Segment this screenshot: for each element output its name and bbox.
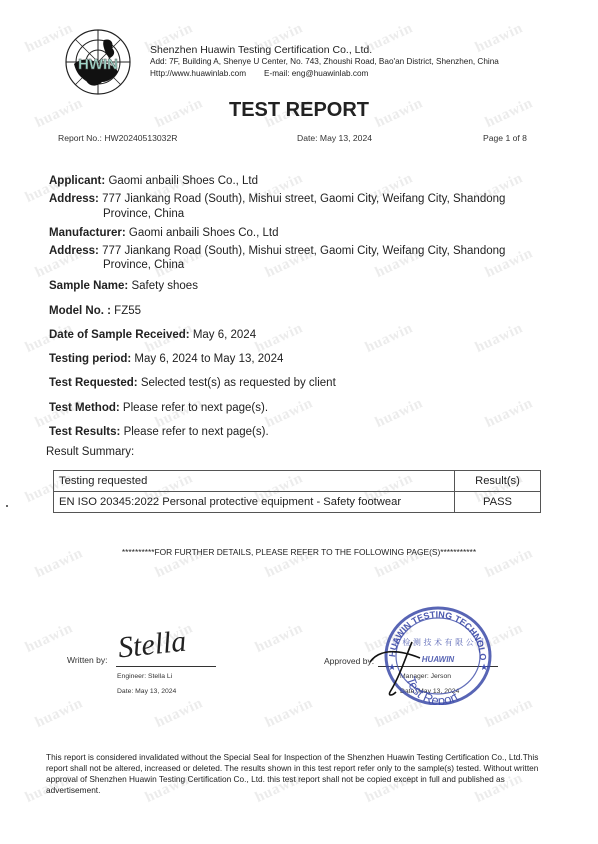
report-date: Date: May 13, 2024 [297,133,372,143]
test-method-field: Test Method: Please refer to next page(s… [49,400,268,416]
manufacturer-field: Manufacturer: Gaomi anbaili Shoes Co., L… [49,225,278,241]
watermark-text: huawin [263,695,316,732]
column-header-results: Result(s) [455,471,541,492]
applicant-address-line1: 777 Jiankang Road (South), Mishui street… [102,193,505,205]
applicant-label: Applicant: [49,175,105,187]
svg-text:HUAWIN: HUAWIN [422,655,455,664]
sample-name-field: Sample Name: Safety shoes [49,278,198,294]
sample-name-label: Sample Name: [49,280,128,292]
test-requested-label: Test Requested: [49,377,138,389]
svg-text:★: ★ [388,662,396,672]
manufacturer-value: Gaomi anbaili Shoes Co., Ltd [129,227,279,239]
watermark-text: huawin [253,620,306,657]
engineer-signature: Stella [116,625,188,666]
sample-received-label: Date of Sample Received: [49,329,190,341]
watermark-text: huawin [153,695,206,732]
written-by-line [116,666,216,667]
official-seal-stamp: HUAWIN TESTING TECHNOLOGY CO.,LTD 华 检 测 … [360,600,495,705]
stray-mark [6,505,8,507]
watermark-text: huawin [473,320,526,357]
testing-period-value: May 6, 2024 to May 13, 2024 [134,353,283,365]
watermark-text: huawin [373,395,426,432]
svg-text:HWIN: HWIN [78,56,118,73]
svg-text:★: ★ [480,662,488,672]
manufacturer-label: Manufacturer: [49,227,126,239]
model-label: Model No. : [49,305,111,317]
applicant-address-line2: Province, China [103,208,184,220]
manufacturer-address-field: Address: 777 Jiankang Road (South), Mish… [49,243,505,259]
written-by-label: Written by: [67,655,107,665]
testing-period-field: Testing period: May 6, 2024 to May 13, 2… [49,351,283,367]
manufacturer-address-line2: Province, China [103,259,184,271]
watermark-text: huawin [33,695,86,732]
company-address: Add: 7F, Building A, Shenye U Center, No… [150,57,499,66]
column-header-testing: Testing requested [54,471,455,492]
watermark-text: huawin [473,20,526,57]
watermark-text: huawin [23,620,76,657]
test-results-value: Please refer to next page(s). [124,426,269,438]
test-method-value: Please refer to next page(s). [123,402,268,414]
model-field: Model No. : FZ55 [49,303,141,319]
watermark-text: huawin [363,320,416,357]
test-results-field: Test Results: Please refer to next page(… [49,424,269,440]
company-name: Shenzhen Huawin Testing Certification Co… [150,44,372,56]
table-row: EN ISO 20345:2022 Personal protective eq… [54,492,541,513]
report-number: Report No.: HW20240513032R [58,133,177,143]
engineer-name: Engineer: Stella Li [117,673,172,680]
result-summary-table: Testing requested Result(s) EN ISO 20345… [53,470,541,513]
sample-name-value: Safety shoes [131,280,197,292]
watermark-text: huawin [263,395,316,432]
test-result-cell: PASS [455,492,541,513]
company-website: Http://www.huawinlab.com [150,69,246,78]
disclaimer-footer: This report is considered invalidated wi… [46,752,556,796]
manufacturer-address-label: Address: [49,245,99,257]
company-logo: HWIN [64,28,132,96]
test-method-label: Test Method: [49,402,120,414]
svg-text:Test Report: Test Report [403,675,461,705]
further-details-note: **********FOR FURTHER DETAILS, PLEASE RE… [0,547,598,557]
result-summary-label: Result Summary: [46,446,134,458]
svg-text:华 检 测 技 术 有 限 公 司: 华 检 测 技 术 有 限 公 司 [392,637,484,647]
test-requested-value: Selected test(s) as requested by client [141,377,336,389]
test-requested-field: Test Requested: Selected test(s) as requ… [49,375,336,391]
watermark-text: huawin [483,395,536,432]
applicant-value: Gaomi anbaili Shoes Co., Ltd [108,175,258,187]
manufacturer-address-line1: 777 Jiankang Road (South), Mishui street… [102,245,505,257]
company-email: E-mail: eng@huawinlab.com [264,69,368,78]
applicant-address-label: Address: [49,193,99,205]
table-header-row: Testing requested Result(s) [54,471,541,492]
engineer-date: Date: May 13, 2024 [117,688,176,695]
test-results-label: Test Results: [49,426,120,438]
test-standard-cell: EN ISO 20345:2022 Personal protective eq… [54,492,455,513]
model-value: FZ55 [114,305,141,317]
applicant-field: Applicant: Gaomi anbaili Shoes Co., Ltd [49,173,258,189]
testing-period-label: Testing period: [49,353,131,365]
sample-received-value: May 6, 2024 [193,329,256,341]
page-indicator: Page 1 of 8 [483,133,527,143]
sample-received-field: Date of Sample Received: May 6, 2024 [49,327,256,343]
applicant-address-field: Address: 777 Jiankang Road (South), Mish… [49,191,505,207]
report-title: TEST REPORT [0,99,598,122]
